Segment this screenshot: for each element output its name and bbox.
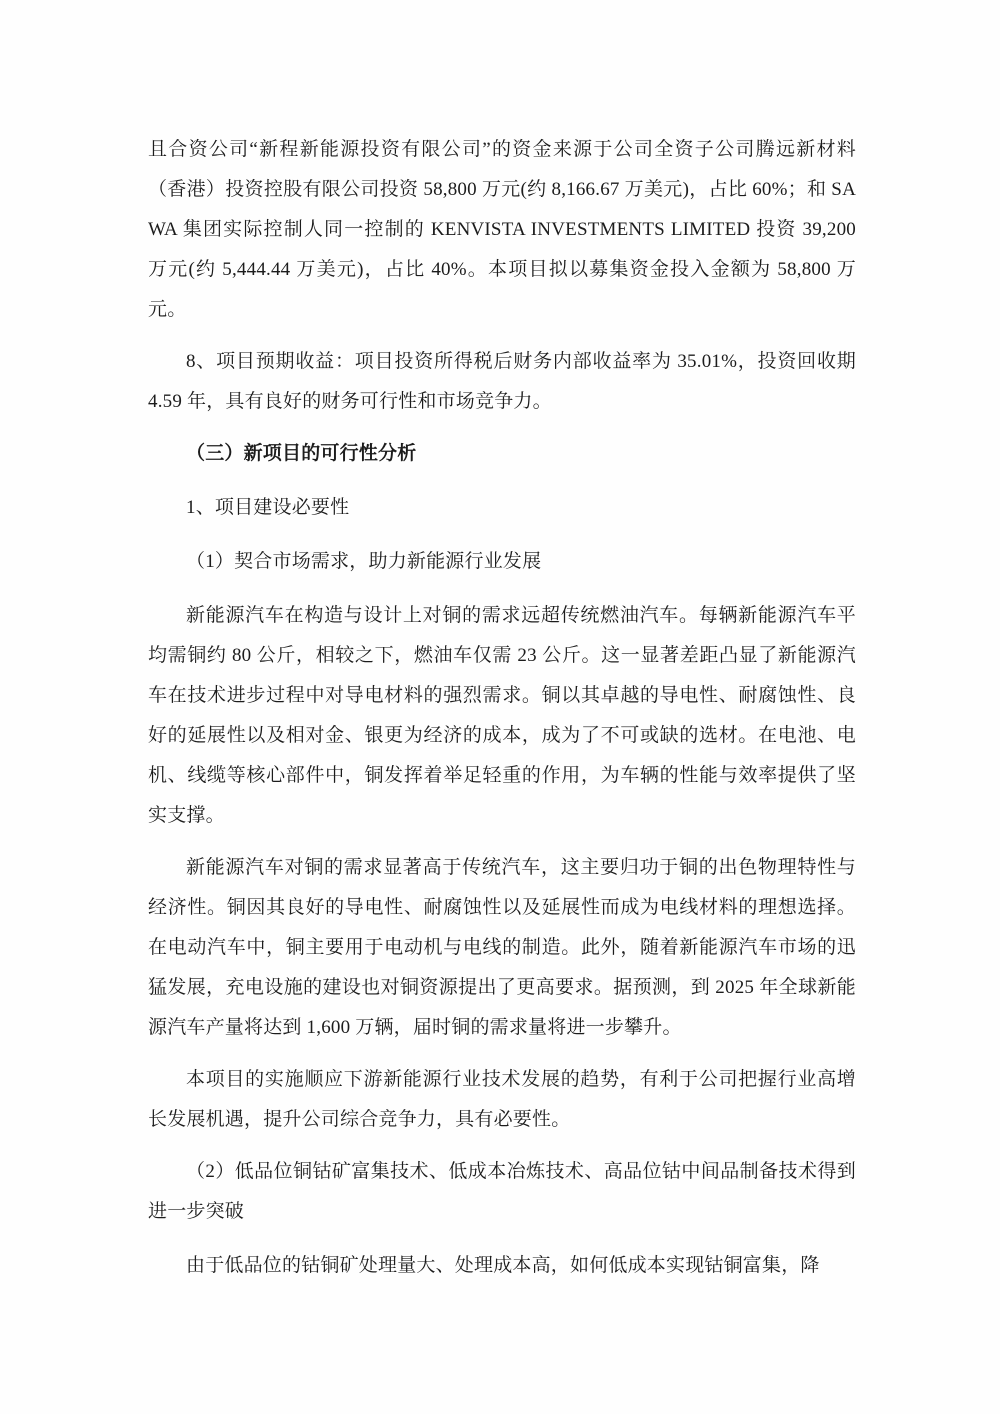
paragraph-low-grade-ore: 由于低品位的钴铜矿处理量大、处理成本高，如何低成本实现钴铜富集，降 bbox=[148, 1246, 856, 1286]
subheading-market-demand: （1）契合市场需求，助力新能源行业发展 bbox=[148, 542, 856, 582]
subheading-enrichment-technology: （2）低品位铜钴矿富集技术、低成本冶炼技术、高品位钴中间品制备技术得到进一步突破 bbox=[148, 1152, 856, 1232]
subheading-project-necessity: 1、项目建设必要性 bbox=[148, 488, 856, 528]
paragraph-ev-copper-demand: 新能源汽车在构造与设计上对铜的需求远超传统燃油汽车。每辆新能源汽车平均需铜约 8… bbox=[148, 596, 856, 836]
document-page: 且合资公司“新程新能源投资有限公司”的资金来源于公司全资子公司腾远新材料（香港）… bbox=[0, 0, 1000, 1414]
paragraph-copper-properties: 新能源汽车对铜的需求显著高于传统汽车，这主要归功于铜的出色物理特性与经济性。铜因… bbox=[148, 848, 856, 1048]
paragraph-expected-returns: 8、项目预期收益：项目投资所得税后财务内部收益率为 35.01%，投资回收期 4… bbox=[148, 342, 856, 422]
heading-feasibility-analysis: （三）新项目的可行性分析 bbox=[148, 434, 856, 474]
paragraph-project-implementation: 本项目的实施顺应下游新能源行业技术发展的趋势，有利于公司把握行业高增长发展机遇，… bbox=[148, 1060, 856, 1140]
paragraph-joint-venture-funding: 且合资公司“新程新能源投资有限公司”的资金来源于公司全资子公司腾远新材料（香港）… bbox=[148, 130, 856, 330]
